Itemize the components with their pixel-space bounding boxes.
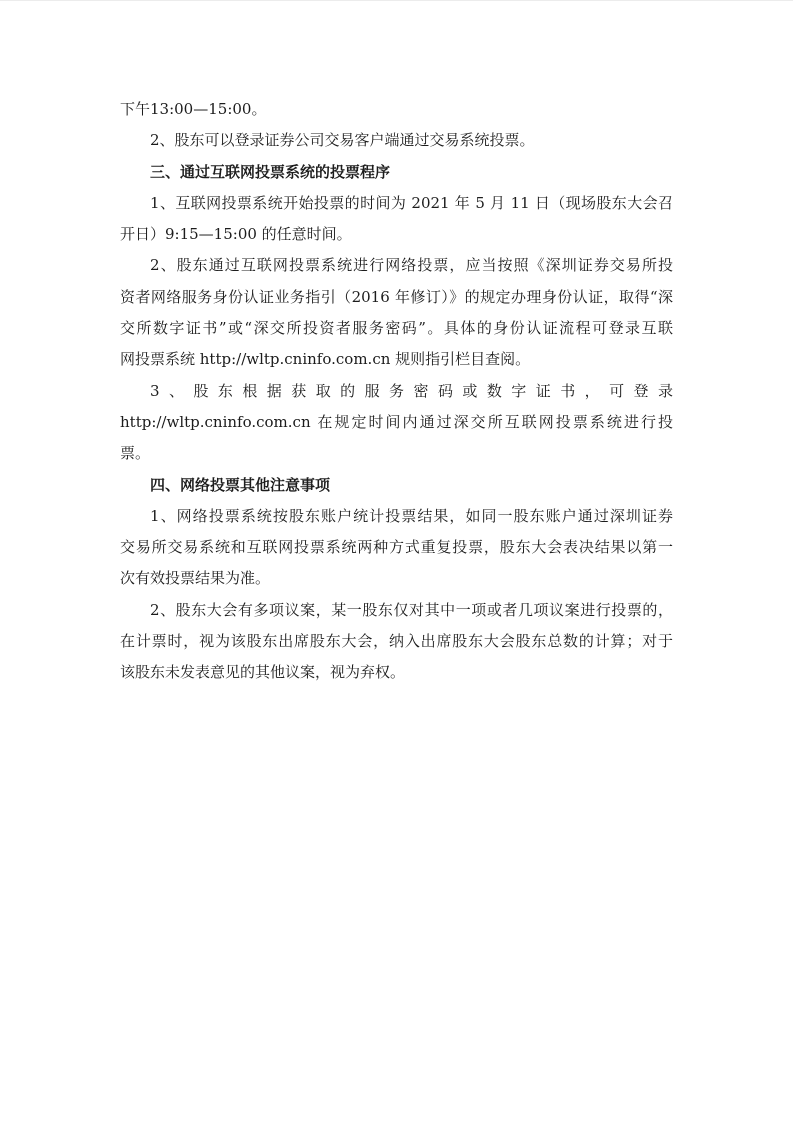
text-line: 2、股东通过互联网投票系统进行网络投票，应当按照《深圳证券交易所投	[120, 250, 673, 281]
text-line: 次有效投票结果为准。	[120, 563, 673, 594]
text-line: 下午13:00—15:00。	[120, 94, 673, 125]
section-heading: 四、网络投票其他注意事项	[120, 470, 673, 501]
text-line: 2、股东大会有多项议案，某一股东仅对其中一项或者几项议案进行投票的，	[120, 595, 673, 626]
page-content: 下午13:00—15:00。2、股东可以登录证券公司交易客户端通过交易系统投票。…	[120, 94, 673, 689]
text-line: 在计票时，视为该股东出席股东大会，纳入出席股东大会股东总数的计算；对于	[120, 626, 673, 657]
text-line: 交所数字证书”或“深交所投资者服务密码”。具体的身份认证流程可登录互联	[120, 313, 673, 344]
text-line: 3、股东根据获取的服务密码或数字证书，可登录	[120, 376, 673, 407]
text-line: 1、互联网投票系统开始投票的时间为 2021 年 5 月 11 日（现场股东大会…	[120, 188, 673, 219]
text-line: 2、股东可以登录证券公司交易客户端通过交易系统投票。	[120, 125, 673, 156]
text-line: 该股东未发表意见的其他议案，视为弃权。	[120, 657, 673, 688]
text-line: 资者网络服务身份认证业务指引（2016 年修订）》的规定办理身份认证，取得“深	[120, 282, 673, 313]
section-heading: 三、通过互联网投票系统的投票程序	[120, 157, 673, 188]
text-line: http://wltp.cninfo.com.cn 在规定时间内通过深交所互联网…	[120, 407, 673, 438]
text-line: 票。	[120, 438, 673, 469]
text-line: 交易所交易系统和互联网投票系统两种方式重复投票，股东大会表决结果以第一	[120, 532, 673, 563]
text-line: 开日）9:15—15:00 的任意时间。	[120, 219, 673, 250]
document-page: 下午13:00—15:00。2、股东可以登录证券公司交易客户端通过交易系统投票。…	[0, 0, 793, 1122]
text-line: 网投票系统 http://wltp.cninfo.com.cn 规则指引栏目查阅…	[120, 344, 673, 375]
text-line: 1、网络投票系统按股东账户统计投票结果，如同一股东账户通过深圳证券	[120, 501, 673, 532]
